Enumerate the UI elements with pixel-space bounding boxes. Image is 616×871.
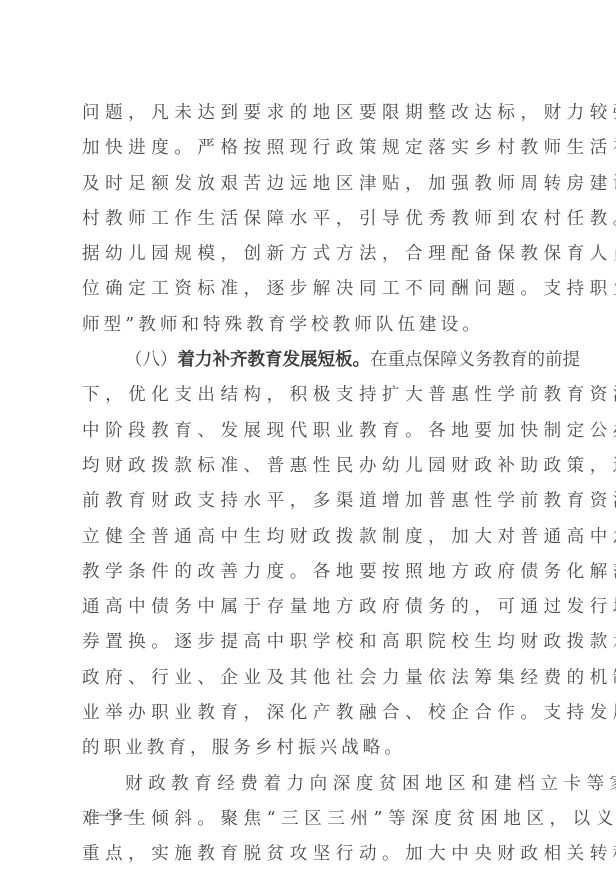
section-heading-line: （八）着力补齐教育发展短板。在重点保障义务教育的前提 xyxy=(82,343,536,378)
text-line: 教 学 条 件 的 改 善 力 度 。 各 地 要 按 照 地 方 政 府 债 … xyxy=(82,555,536,590)
text-line: 立 健 全 普 通 高 中 生 均 财 政 拨 款 制 度 ， 加 大 对 普 … xyxy=(82,520,536,555)
text-line: 师型”教师和特殊教育学校教师队伍建设。 xyxy=(82,308,536,343)
text-line: 财 政 教 育 经 费 着 力 向 深 度 贫 困 地 区 和 建 档 立 卡 … xyxy=(82,767,536,802)
text-line: 重 点 ， 实 施 教 育 脱 贫 攻 坚 行 动 。 加 大 中 央 财 政 … xyxy=(82,837,536,871)
text-line: 业 举 办 职 业 教 育 ， 深 化 产 教 融 合 、 校 企 合 作 。 … xyxy=(82,696,536,731)
text-line: 加 快 进 度 。 严 格 按 照 现 行 政 策 规 定 落 实 乡 村 教 … xyxy=(82,131,536,166)
paragraph-teacher-support: 问 题 ， 凡 未 达 到 要 求 的 地 区 要 限 期 整 改 达 标 ， … xyxy=(82,96,536,343)
text-line: 位 确 定 工 资 标 准 ， 逐 步 解 决 同 工 不 同 酬 问 题 。 … xyxy=(82,272,536,307)
text-line: 前 教 育 财 政 支 持 水 平 ， 多 渠 道 增 加 普 惠 性 学 前 … xyxy=(82,484,536,519)
section-number: （八） xyxy=(125,350,178,370)
text-line: 通 高 中 债 务 中 属 于 存 量 地 方 政 府 债 务 的 ， 可 通 … xyxy=(82,590,536,625)
text-line: 券 置 换 。 逐 步 提 高 中 职 学 校 和 高 职 院 校 生 均 财 … xyxy=(82,625,536,660)
page-number: — 6 — xyxy=(92,804,140,826)
text-line: 均 财 政 拨 款 标 准 、 普 惠 性 民 办 幼 儿 园 财 政 补 助 … xyxy=(82,449,536,484)
text-line: 难 学 生 倾 斜 。 聚 焦 “ 三 区 三 州 ” 等 深 度 贫 困 地 … xyxy=(82,802,536,837)
text-line: 中 阶 段 教 育 、 发 展 现 代 职 业 教 育 。 各 地 要 加 快 … xyxy=(82,414,536,449)
text-line: 问 题 ， 凡 未 达 到 要 求 的 地 区 要 限 期 整 改 达 标 ， … xyxy=(82,96,536,131)
text-line: 下 ， 优 化 支 出 结 构 ， 积 极 支 持 扩 大 普 惠 性 学 前 … xyxy=(82,378,536,413)
text-line: 的职业教育，服务乡村振兴战略。 xyxy=(82,731,536,766)
document-body: 问 题 ， 凡 未 达 到 要 求 的 地 区 要 限 期 整 改 达 标 ， … xyxy=(82,96,536,871)
text-line: 及 时 足 额 发 放 艰 苦 边 远 地 区 津 贴 ， 加 强 教 师 周 … xyxy=(82,167,536,202)
text-line: 村 教 师 工 作 生 活 保 障 水 平 ， 引 导 优 秀 教 师 到 农 … xyxy=(82,202,536,237)
document-page: 问 题 ， 凡 未 达 到 要 求 的 地 区 要 限 期 整 改 达 标 ， … xyxy=(0,0,616,871)
text-line: 政 府 、 行 业 、 企 业 及 其 他 社 会 力 量 依 法 筹 集 经 … xyxy=(82,661,536,696)
section-heading: 着力补齐教育发展短板。 xyxy=(178,350,371,370)
paragraph-poverty-funding: 财 政 教 育 经 费 着 力 向 深 度 贫 困 地 区 和 建 档 立 卡 … xyxy=(82,767,536,871)
text-line: 据 幼 儿 园 规 模 ， 创 新 方 式 方 法 ， 合 理 配 备 保 教 … xyxy=(82,237,536,272)
paragraph-section-8: （八）着力补齐教育发展短板。在重点保障义务教育的前提 下 ， 优 化 支 出 结… xyxy=(82,343,536,767)
text-run: 在重点保障义务教育的前提 xyxy=(370,350,580,370)
